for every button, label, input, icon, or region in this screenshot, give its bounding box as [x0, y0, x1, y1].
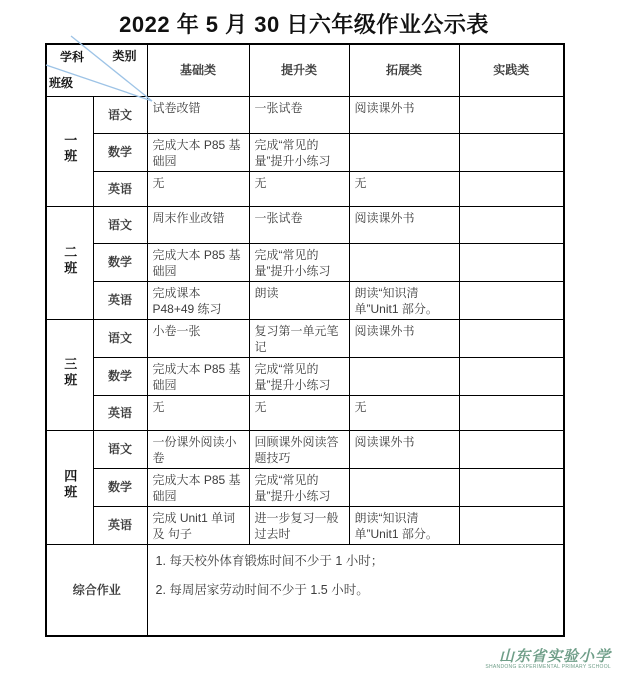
column-header-improve: 提升类 — [249, 44, 349, 96]
homework-cell: 完成大本 P85 基础园 — [147, 468, 249, 506]
homework-cell: 复习第一单元笔记 — [249, 319, 349, 357]
class-cell-2: 二班 — [46, 206, 93, 319]
class-cell-4: 四班 — [46, 430, 93, 544]
column-header-extend: 拓展类 — [349, 44, 459, 96]
homework-cell — [459, 430, 564, 468]
column-header-basic: 基础类 — [147, 44, 249, 96]
school-name-cn: 山东省实验小学 — [461, 648, 611, 664]
homework-cell: 朗读“知识清单”Unit1 部分。 — [349, 506, 459, 544]
footer-line-1: 1. 每天校外体育锻炼时间不少于 1 小时； — [156, 553, 558, 569]
table-row: 英语 完成课本 P48+49 练习 朗读 朗读“知识清单”Unit1 部分。 — [46, 281, 564, 319]
class-label: 三班 — [63, 357, 76, 389]
homework-cell: 试卷改错 — [147, 96, 249, 133]
homework-cell — [349, 133, 459, 171]
subject-cell: 英语 — [93, 281, 147, 319]
homework-cell — [459, 319, 564, 357]
homework-cell: 无 — [249, 171, 349, 206]
comprehensive-homework-content: 1. 每天校外体育锻炼时间不少于 1 小时； 2. 每周居家劳动时间不少于 1.… — [147, 544, 564, 636]
homework-cell: 无 — [349, 395, 459, 430]
homework-cell: 完成 Unit1 单词及 句子 — [147, 506, 249, 544]
subject-cell: 语文 — [93, 206, 147, 243]
footer-row: 综合作业 1. 每天校外体育锻炼时间不少于 1 小时； 2. 每周居家劳动时间不… — [46, 544, 564, 636]
table-row: 英语 完成 Unit1 单词及 句子 进一步复习一般过去时 朗读“知识清单”Un… — [46, 506, 564, 544]
homework-cell: 完成“常见的量”提升小练习 — [249, 357, 349, 395]
homework-cell — [349, 357, 459, 395]
subject-cell: 英语 — [93, 171, 147, 206]
table-row: 三班 语文 小卷一张 复习第一单元笔记 阅读课外书 — [46, 319, 564, 357]
homework-cell: 周末作业改错 — [147, 206, 249, 243]
table-row: 数学 完成大本 P85 基础园 完成“常见的量”提升小练习 — [46, 468, 564, 506]
homework-cell — [459, 206, 564, 243]
subject-cell: 数学 — [93, 357, 147, 395]
school-name-en: SHANDONG EXPERIMENTAL PRIMARY SCHOOL — [461, 664, 611, 671]
homework-cell: 一张试卷 — [249, 206, 349, 243]
subject-cell: 英语 — [93, 506, 147, 544]
page-title: 2022 年 5 月 30 日六年级作业公示表 — [30, 8, 578, 39]
subject-cell: 英语 — [93, 395, 147, 430]
homework-cell: 阅读课外书 — [349, 96, 459, 133]
homework-cell — [349, 468, 459, 506]
homework-table: 学科 类别 班级 基础类 提升类 拓展类 实践类 一班 语文 试卷改错 一张试卷… — [45, 43, 565, 637]
school-watermark: 山东省实验小学 SHANDONG EXPERIMENTAL PRIMARY SC… — [461, 648, 611, 671]
subject-cell: 语文 — [93, 96, 147, 133]
corner-label-category: 类别 — [112, 48, 136, 64]
homework-cell: 进一步复习一般过去时 — [249, 506, 349, 544]
class-label: 一班 — [63, 133, 76, 165]
homework-cell: 完成大本 P85 基础园 — [147, 133, 249, 171]
footer-line-2: 2. 每周居家劳动时间不少于 1.5 小时。 — [156, 582, 558, 598]
homework-cell: 一张试卷 — [249, 96, 349, 133]
homework-cell — [459, 357, 564, 395]
class-cell-1: 一班 — [46, 96, 93, 206]
subject-cell: 数学 — [93, 133, 147, 171]
homework-cell: 阅读课外书 — [349, 430, 459, 468]
table-row: 二班 语文 周末作业改错 一张试卷 阅读课外书 — [46, 206, 564, 243]
class-label: 四班 — [63, 469, 76, 501]
homework-cell: 阅读课外书 — [349, 319, 459, 357]
homework-cell: 朗读“知识清单”Unit1 部分。 — [349, 281, 459, 319]
homework-cell — [459, 506, 564, 544]
table-row: 数学 完成大本 P85 基础园 完成“常见的量”提升小练习 — [46, 357, 564, 395]
corner-label-class: 班级 — [49, 75, 73, 91]
table-row: 一班 语文 试卷改错 一张试卷 阅读课外书 — [46, 96, 564, 133]
homework-cell — [459, 281, 564, 319]
homework-cell: 无 — [349, 171, 459, 206]
homework-cell — [459, 171, 564, 206]
table-row: 四班 语文 一份课外阅读小卷 回顾课外阅读答题技巧 阅读课外书 — [46, 430, 564, 468]
header-row: 学科 类别 班级 基础类 提升类 拓展类 实践类 — [46, 44, 564, 96]
comprehensive-homework-label: 综合作业 — [46, 544, 147, 636]
homework-cell — [459, 395, 564, 430]
table-row: 数学 完成大本 P85 基础园 完成“常见的量”提升小练习 — [46, 243, 564, 281]
subject-cell: 数学 — [93, 468, 147, 506]
table-row: 英语 无 无 无 — [46, 395, 564, 430]
homework-cell — [459, 243, 564, 281]
column-header-practice: 实践类 — [459, 44, 564, 96]
homework-cell — [349, 243, 459, 281]
subject-cell: 数学 — [93, 243, 147, 281]
homework-cell: 阅读课外书 — [349, 206, 459, 243]
homework-cell: 完成课本 P48+49 练习 — [147, 281, 249, 319]
homework-cell: 无 — [249, 395, 349, 430]
homework-cell: 无 — [147, 395, 249, 430]
homework-cell: 无 — [147, 171, 249, 206]
class-cell-3: 三班 — [46, 319, 93, 430]
table-row: 数学 完成大本 P85 基础园 完成“常见的量”提升小练习 — [46, 133, 564, 171]
subject-cell: 语文 — [93, 430, 147, 468]
corner-cell: 学科 类别 班级 — [46, 44, 147, 96]
page: 2022 年 5 月 30 日六年级作业公示表 学科 类别 班级 基础类 提升类… — [0, 0, 618, 679]
corner-label-subject: 学科 — [60, 49, 84, 65]
homework-cell: 朗读 — [249, 281, 349, 319]
homework-cell — [459, 133, 564, 171]
homework-cell: 完成“常见的量”提升小练习 — [249, 243, 349, 281]
class-label: 二班 — [63, 245, 76, 277]
subject-cell: 语文 — [93, 319, 147, 357]
homework-cell — [459, 468, 564, 506]
homework-cell: 一份课外阅读小卷 — [147, 430, 249, 468]
homework-cell: 完成大本 P85 基础园 — [147, 357, 249, 395]
table-row: 英语 无 无 无 — [46, 171, 564, 206]
homework-cell — [459, 96, 564, 133]
homework-cell: 完成“常见的量”提升小练习 — [249, 133, 349, 171]
homework-cell: 完成“常见的量”提升小练习 — [249, 468, 349, 506]
homework-cell: 回顾课外阅读答题技巧 — [249, 430, 349, 468]
homework-cell: 小卷一张 — [147, 319, 249, 357]
homework-cell: 完成大本 P85 基础园 — [147, 243, 249, 281]
